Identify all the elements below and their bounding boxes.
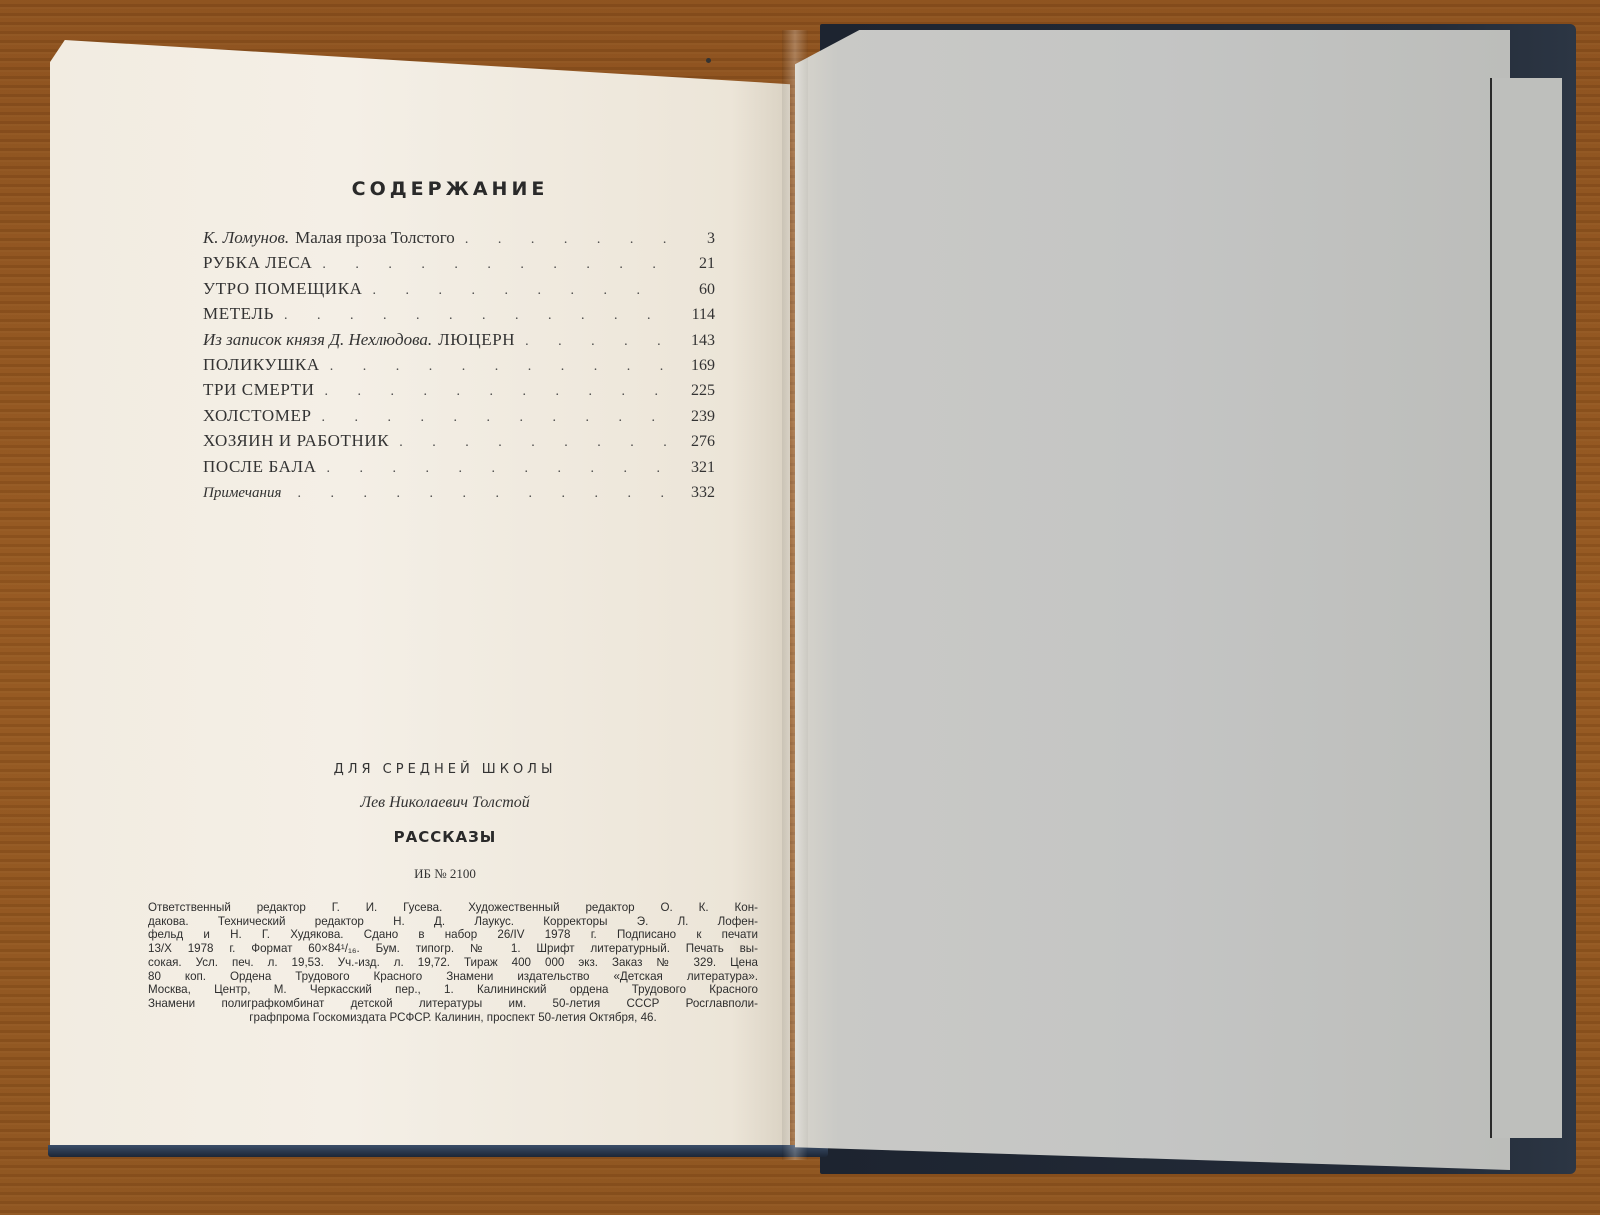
- book-title: РАССКАЗЫ: [230, 828, 660, 846]
- toc-entry-page: 114: [679, 306, 715, 324]
- toc-entry-title: ХОЗЯИН И РАБОТНИК: [203, 431, 389, 451]
- toc-entry-title: ЛЮЦЕРН: [438, 330, 515, 349]
- toc-entry-page: 225: [679, 382, 715, 400]
- toc-entry-title: ПОЛИКУШКА: [203, 355, 320, 375]
- leader-dots: . . . . . . . . . . . . . . . . . . . . …: [284, 308, 669, 324]
- colophon-imprint: Ответственный редактор Г. И. Гусева. Худ…: [148, 901, 758, 1024]
- imprint-line: графпрома Госкомиздата РСФСР. Калинин, п…: [148, 1011, 758, 1025]
- book-gutter: [782, 30, 808, 1160]
- toc-entry-title: ПОСЛЕ БАЛА: [203, 457, 316, 477]
- toc-entry-title: Примечания: [203, 485, 281, 501]
- toc-entry: УТРО ПОМЕЩИКА . . . . . . . . . . . . . …: [203, 279, 715, 304]
- leader-dots: . . . . . . . . . . . . . . . . . . . . …: [322, 410, 669, 426]
- imprint-line: 80 коп. Ордена Трудового Красного Знамен…: [148, 970, 758, 984]
- toc-entry-page: 239: [679, 408, 715, 426]
- toc-entry-title: РУБКА ЛЕСА: [203, 253, 312, 273]
- series-name: ДЛЯ СРЕДНЕЙ ШКОЛЫ: [230, 762, 660, 777]
- toc-heading: СОДЕРЖАНИЕ: [200, 178, 700, 200]
- toc-entry-page: 60: [679, 281, 715, 299]
- toc-entry: МЕТЕЛЬ . . . . . . . . . . . . . . . . .…: [203, 304, 715, 329]
- toc-entry-title: ТРИ СМЕРТИ: [203, 380, 315, 400]
- flyleaf-edge: [1490, 78, 1562, 1138]
- leader-dots: . . . . . . . . . . . . . . . . . . . . …: [465, 232, 669, 248]
- leader-dots: . . . . . . . . . . . . . . . . . . . . …: [399, 435, 669, 451]
- toc-entry: Из записок князя Д. Нехлюдова.ЛЮЦЕРН . .…: [203, 330, 715, 355]
- leader-dots: . . . . . . . . . . . . . . . . . . . . …: [330, 359, 669, 375]
- toc-entry: РУБКА ЛЕСА . . . . . . . . . . . . . . .…: [203, 253, 715, 278]
- toc-entry-author: К. Ломунов.: [203, 228, 289, 247]
- toc-entry: ПОСЛЕ БАЛА . . . . . . . . . . . . . . .…: [203, 457, 715, 482]
- leader-dots: . . . . . . . . . . . . . . . . . . . . …: [297, 486, 669, 502]
- right-page-blank: [795, 30, 1510, 1170]
- toc-entry: Примечания . . . . . . . . . . . . . . .…: [203, 482, 715, 507]
- leader-dots: . . . . . . . . . . . . . . . . . . . . …: [373, 283, 669, 299]
- leader-dots: . . . . . . . . . . . . . . . . . . . . …: [325, 384, 669, 400]
- toc-entry: ТРИ СМЕРТИ . . . . . . . . . . . . . . .…: [203, 380, 715, 405]
- toc-entry-title: ХОЛСТОМЕР: [203, 406, 312, 426]
- toc-entry: ПОЛИКУШКА . . . . . . . . . . . . . . . …: [203, 355, 715, 380]
- imprint-line: сокая. Усл. печ. л. 19,53. Уч.-изд. л. 1…: [148, 956, 758, 970]
- toc-entry-page: 143: [679, 332, 715, 350]
- ib-number: ИБ № 2100: [230, 866, 660, 882]
- imprint-line: 13/X 1978 г. Формат 60×84¹/₁₆. Бум. типо…: [148, 942, 758, 956]
- toc-entry-author: Из записок князя Д. Нехлюдова.: [203, 330, 432, 349]
- toc-entry-page: 321: [679, 459, 715, 477]
- book-cover-edge: [48, 1145, 828, 1157]
- imprint-line: Москва, Центр, М. Черкасский пер., 1. Ка…: [148, 983, 758, 997]
- toc-entry-page: 21: [679, 255, 715, 273]
- leader-dots: . . . . . . . . . . . . . . . . . . . . …: [322, 257, 669, 273]
- imprint-line: Ответственный редактор Г. И. Гусева. Худ…: [148, 901, 758, 915]
- author-name: Лев Николаевич Толстой: [230, 794, 660, 812]
- leader-dots: . . . . . . . . . . . . . . . .: [525, 334, 669, 350]
- toc-entry-title: УТРО ПОМЕЩИКА: [203, 279, 363, 299]
- paper-speck: [706, 58, 711, 63]
- toc-entry: ХОЛСТОМЕР . . . . . . . . . . . . . . . …: [203, 406, 715, 431]
- imprint-line: фельд и Н. Г. Худякова. Сдано в набор 26…: [148, 928, 758, 942]
- table-of-contents: К. Ломунов.Малая проза Толстого . . . . …: [203, 228, 715, 507]
- toc-entry-page: 3: [679, 230, 715, 248]
- toc-entry-page: 169: [679, 357, 715, 375]
- imprint-line: дакова. Технический редактор Н. Д. Лауку…: [148, 915, 758, 929]
- toc-entry-page: 332: [679, 484, 715, 502]
- toc-entry-title: Малая проза Толстого: [295, 228, 455, 247]
- toc-entry: ХОЗЯИН И РАБОТНИК . . . . . . . . . . . …: [203, 431, 715, 456]
- toc-entry-title: МЕТЕЛЬ: [203, 304, 274, 324]
- imprint-line: Знамени полиграфкомбинат детской литерат…: [148, 997, 758, 1011]
- leader-dots: . . . . . . . . . . . . . . . . . . . . …: [326, 461, 669, 477]
- toc-entry-page: 276: [679, 433, 715, 451]
- toc-entry: К. Ломунов.Малая проза Толстого . . . . …: [203, 228, 715, 253]
